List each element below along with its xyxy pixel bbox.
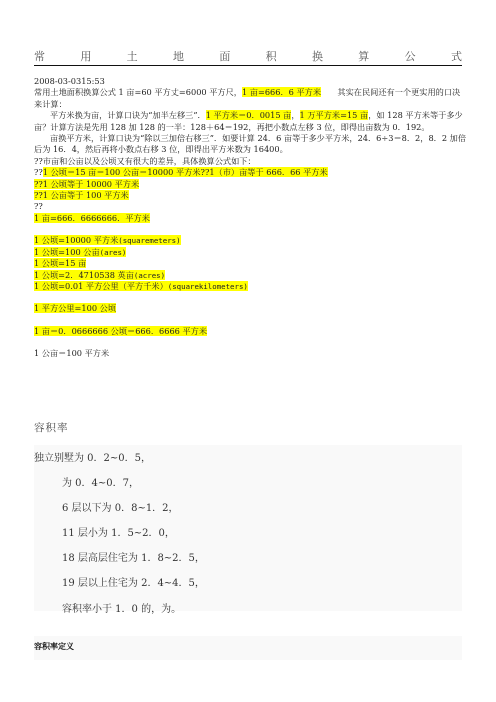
are-line: 1 公亩＝100 平方米 xyxy=(34,348,468,359)
conversion-line: ??1 公顷等于 10000 平方米 xyxy=(34,179,468,190)
title-char: 公 xyxy=(405,48,416,64)
conversion-line: ??1 公顷＝15 亩＝100 公亩＝10000 平方米??1（市）亩等于 66… xyxy=(34,167,468,178)
document-body: 2008-03-0315:53 常用土地面积换算公式 1 亩=60 平方丈=60… xyxy=(34,76,468,360)
title-char: 式 xyxy=(451,48,462,64)
definition-box: 容积率定义 xyxy=(34,636,462,660)
hectare-line: 1 公顷=100 公亩(ares) xyxy=(34,247,468,258)
hectare-line: 1 公顷=10000 平方米(squaremeters) xyxy=(34,235,468,246)
far-item: 独立别墅为 0．2~0．5， xyxy=(34,449,151,464)
far-item: 19 层以上住宅为 2．4~4．5， xyxy=(62,574,205,589)
sqm-to-mu-paragraph: 平方米换为亩，计算口诀为“加半左移三”．1 平方米＝0．0015 亩，1 万平方… xyxy=(34,110,468,133)
difference-line: ??市亩和公亩以及公顷又有很大的差异，具体换算公式如下： xyxy=(34,156,468,167)
title-char: 换 xyxy=(312,48,323,64)
title-divider xyxy=(34,65,462,66)
sqkm-line: 1 平方公里=100 公顷 xyxy=(34,303,468,314)
intro-paragraph: 常用土地面积换算公式 1 亩=60 平方丈=6000 平方尺，1 亩=666．6… xyxy=(34,87,468,110)
conversion-line: ??1 公亩等于 100 平方米 xyxy=(34,190,468,201)
highlight: 1 亩=666．6 平方米 xyxy=(242,87,321,97)
far-item: 11 层小为 1．5~2．0， xyxy=(62,524,175,539)
hectare-line: 1 公顷=0.01 平方公里（平方千米）(squarekilometers) xyxy=(34,281,468,292)
far-note: 容积率小于 1．0 的，为。 xyxy=(62,600,181,615)
highlight: 1 平方米＝0．0015 亩 xyxy=(206,110,292,120)
title-char: 算 xyxy=(358,48,369,64)
title-char: 面 xyxy=(219,48,230,64)
hectare-line: 1 公顷=2．4710538 英亩(acres) xyxy=(34,270,468,281)
far-item: 6 层以下为 0．8~1．2， xyxy=(62,499,179,514)
title-char: 积 xyxy=(266,48,277,64)
mu-conversion-line: 1 亩=666．6666666．平方米 xyxy=(34,213,468,224)
timestamp: 2008-03-0315:53 xyxy=(34,76,468,87)
title-char: 土 xyxy=(127,48,138,64)
mu-hectare-line: 1 亩＝0．0666666 公顷＝666．6666 平方米 xyxy=(34,326,468,337)
mu-to-sqm-paragraph: 亩换平方米，计算口诀为“除以三加倍右移三”．如要计算 24．6 亩等于多少平方米… xyxy=(34,133,468,156)
document-title: 常 用 土 地 面 积 换 算 公 式 xyxy=(34,48,462,64)
far-item: 为 0．4~0．7， xyxy=(62,474,139,489)
title-char: 常 xyxy=(34,48,45,64)
title-char: 用 xyxy=(80,48,91,64)
definition-heading: 容积率定义 xyxy=(34,641,74,652)
floor-area-ratio-heading: 容积率 xyxy=(34,420,69,435)
far-item: 18 层高层住宅为 1．8~2．5， xyxy=(62,549,205,564)
placeholder-line: ?? xyxy=(34,201,468,212)
title-char: 地 xyxy=(173,48,184,64)
highlight: 1 万平方米=15 亩 xyxy=(300,110,369,120)
hectare-line: 1 公顷=15 亩 xyxy=(34,258,468,269)
floor-area-ratio-box: 独立别墅为 0．2~0．5， 为 0．4~0．7， 6 层以下为 0．8~1．2… xyxy=(34,445,462,611)
